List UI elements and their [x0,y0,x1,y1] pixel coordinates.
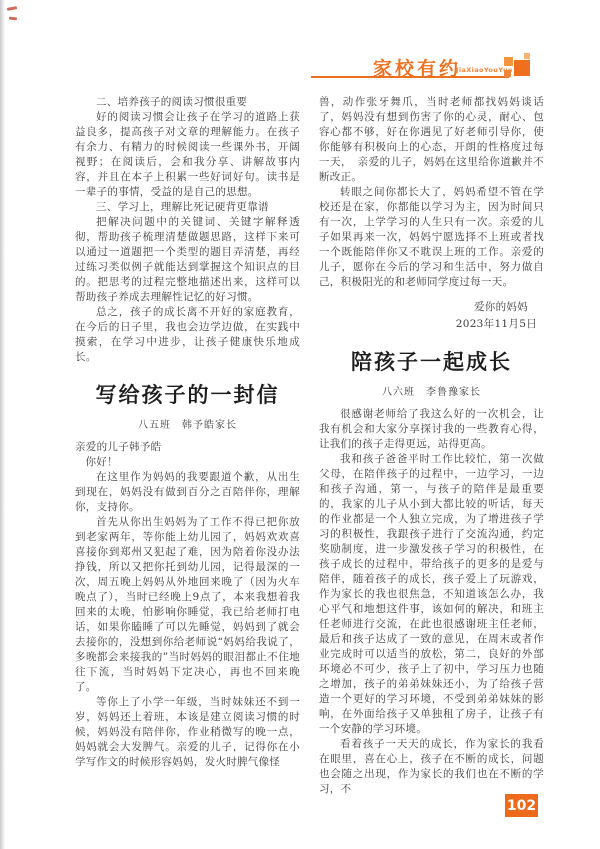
letter-greeting: 你好！ [75,455,300,470]
letter-salutation: 亲爱的儿子韩予皓 [75,440,300,455]
letter-paragraph-4: 转眼之间你都长大了，妈妈希望不管在学校还是在家，你都能以学习为主，因为时间只有一… [319,185,544,290]
magazine-page: 家校有约 JiaXiaoYouYue 二、培养孩子的阅读习惯很重要 好的阅读习惯… [0,0,600,849]
brand-title: 家校有约 [373,54,461,81]
growing-paragraph-1: 很感谢老师给了我这么好的一次机会，让我有机会和大家分享探讨我的一些教育心得，让我… [319,407,544,452]
letter-signoff: 爱你的妈妈 [319,300,544,315]
paragraph-reading-habit: 好的阅读习惯会让孩子在学习的道路上获益良多，提高孩子对文章的理解能力。在孩子有余… [75,110,300,200]
letter-paragraph-1: 在这里作为妈妈的我要跟道个歉，从出生到现在，妈妈没有做到百分之百陪伴你，理解你，… [75,470,300,515]
letter-paragraph-3-continued: 兽，动作张牙舞爪，当时老师都找妈妈谈话了，妈妈没有想到伤害了你的心灵，耐心、包容… [319,95,544,185]
page-number-badge: 102 [505,794,538,817]
growing-paragraph-2: 我和孩子爸爸平时工作比较忙，第一次做父母，在陪伴孩子的过程中，一边学习，一边和孩… [319,452,544,737]
left-column: 二、培养孩子的阅读习惯很重要 好的阅读习惯会让孩子在学习的道路上获益良多，提高孩… [75,95,300,770]
right-column: 兽，动作张牙舞爪，当时老师都找妈妈谈话了，妈妈没有想到伤害了你的心灵，耐心、包容… [319,95,544,797]
letter-paragraph-3: 等你上了小学一年级，当时妹妹还不到一岁，妈妈还上着班，本该是建立阅读习惯的时候，… [75,695,300,770]
article-byline-letter: 八五班 韩予皓家长 [75,416,300,431]
article-byline-growing: 八六班 李鲁豫家长 [319,383,544,398]
growing-paragraph-3: 看着孩子一天天的成长，作为家长的我看在眼里，喜在心上，孩子在不断的成长，问题也会… [319,737,544,797]
section-heading-3: 三、学习上，理解比死记硬背更靠谱 [75,200,300,215]
paragraph-study-method: 把解决问题中的关键词、关键字解释透彻，帮助孩子梳理清楚做题思路，这样下来可以通过… [75,215,300,305]
letter-paragraph-2: 首先从你出生妈妈为了工作不得已把你放到老家两年，等你能上幼儿园了，妈妈欢欢喜喜接… [75,515,300,695]
letter-date: 2023年11月5日 [319,317,544,332]
article-title-growing: 陪孩子一起成长 [319,346,544,376]
section-heading-2: 二、培养孩子的阅读习惯很重要 [75,95,300,110]
page-number: 102 [507,798,536,814]
paragraph-summary: 总之，孩子的成长离不开好的家庭教育，在今后的日子里，我也会边学边做，在实践中摸索… [75,305,300,365]
article-title-letter: 写给孩子的一封信 [75,379,300,409]
page-edge-shadow [0,0,5,849]
